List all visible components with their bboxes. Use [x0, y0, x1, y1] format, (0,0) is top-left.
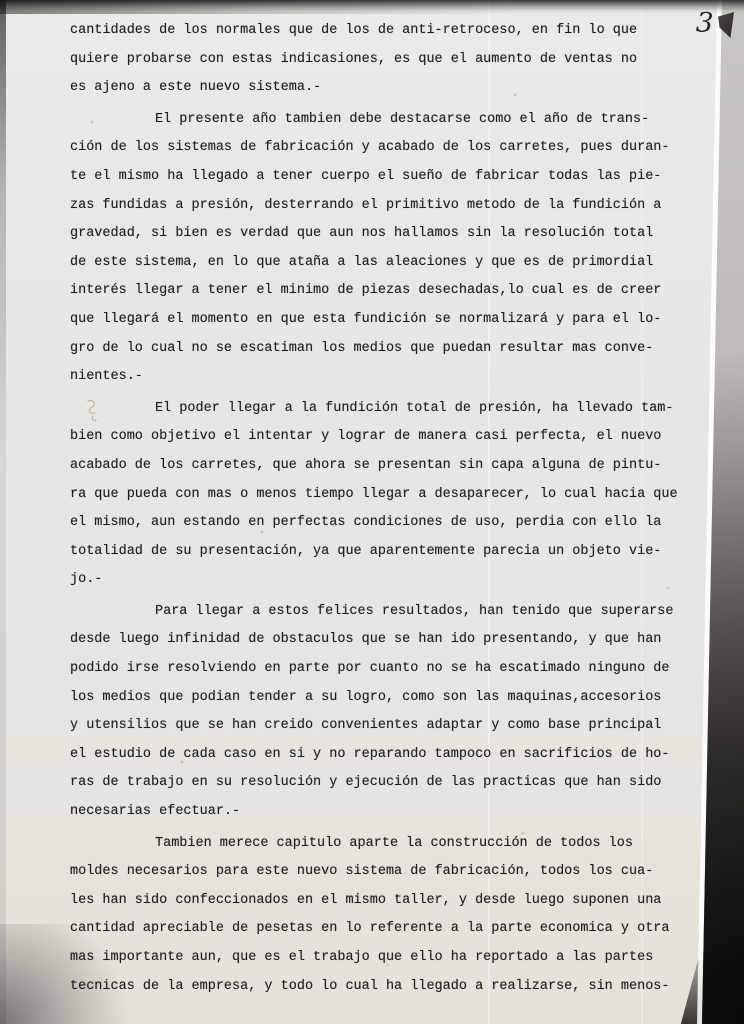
paragraph: Para llegar a estos felices resultados, … — [70, 598, 730, 827]
text-line: Para llegar a estos felices resultados, … — [70, 598, 730, 627]
text-line: jo.- — [70, 566, 730, 595]
text-line: nientes.- — [70, 363, 730, 392]
text-line: moldes necesarios para este nuevo sistem… — [70, 858, 730, 887]
text-line: gro de lo cual no se escatiman los medio… — [70, 335, 730, 364]
paragraph: Tambien merece capitulo aparte la constr… — [70, 830, 730, 1002]
text-line: el estudio de cada caso en si y no repar… — [70, 741, 730, 770]
text-line: te el mismo ha llegado a tener cuerpo el… — [70, 163, 730, 192]
text-line: de este sistema, en lo que ataña a las a… — [70, 249, 730, 278]
text-line: que llegará el momento en que esta fundi… — [70, 306, 730, 335]
text-line: acabado de los carretes, que ahora se pr… — [70, 452, 730, 481]
text-line: El poder llegar a la fundición total de … — [70, 395, 730, 424]
paragraph: El presente año tambien debe destacarse … — [70, 106, 730, 392]
text-line: les han sido confeccionados en el mismo … — [70, 887, 730, 916]
paragraph: El poder llegar a la fundición total de … — [70, 395, 730, 595]
text-line: mas importante aun, que es el trabajo qu… — [70, 944, 730, 973]
text-line: cantidades de los normales que de los de… — [70, 17, 730, 46]
text-line: totalidad de su presentación, ya que apa… — [70, 538, 730, 567]
page-number: 3 — [695, 7, 727, 40]
text-line: interés llegar a tener el minimo de piez… — [70, 277, 730, 306]
text-line: ra que pueda con mas o menos tiempo lleg… — [70, 481, 730, 510]
text-line: es ajeno a este nuevo sistema.- — [70, 74, 730, 103]
text-line: y utensilios que se han creido convenien… — [70, 712, 730, 741]
text-line: bien como objetivo el intentar y lograr … — [70, 423, 730, 452]
text-line: El presente año tambien debe destacarse … — [70, 106, 730, 135]
text-line: podido irse resolviendo en parte por cua… — [70, 655, 730, 684]
text-line: quiere probarse con estas indicasiones, … — [70, 46, 730, 75]
text-line: ras de trabajo en su resolución y ejecuc… — [70, 769, 730, 798]
text-line: el mismo, aun estando en perfectas condi… — [70, 509, 730, 538]
corner-shadow — [0, 924, 160, 1024]
scanned-page: cantidades de los normales que de los de… — [0, 0, 744, 1024]
text-line: tecnicas de la empresa, y todo lo cual h… — [70, 973, 730, 1002]
paragraph: cantidades de los normales que de los de… — [70, 17, 730, 103]
document-text: cantidades de los normales que de los de… — [70, 17, 730, 1001]
text-line: ción de los sistemas de fabricación y ac… — [70, 134, 730, 163]
text-line: gravedad, si bien es verdad que aun nos … — [70, 220, 730, 249]
text-line: los medios que podian tender a su logro,… — [70, 684, 730, 713]
text-line: zas fundidas a presión, desterrando el p… — [70, 192, 730, 221]
pencil-mark — [84, 398, 102, 424]
text-line: necesarias efectuar.- — [70, 798, 730, 827]
text-line: Tambien merece capitulo aparte la constr… — [70, 830, 730, 859]
scan-left-edge — [0, 0, 6, 1024]
text-line: cantidad apreciable de pesetas en lo ref… — [70, 915, 730, 944]
text-line: desde luego infinidad de obstaculos que … — [70, 626, 730, 655]
scan-top-edge — [0, 0, 744, 14]
